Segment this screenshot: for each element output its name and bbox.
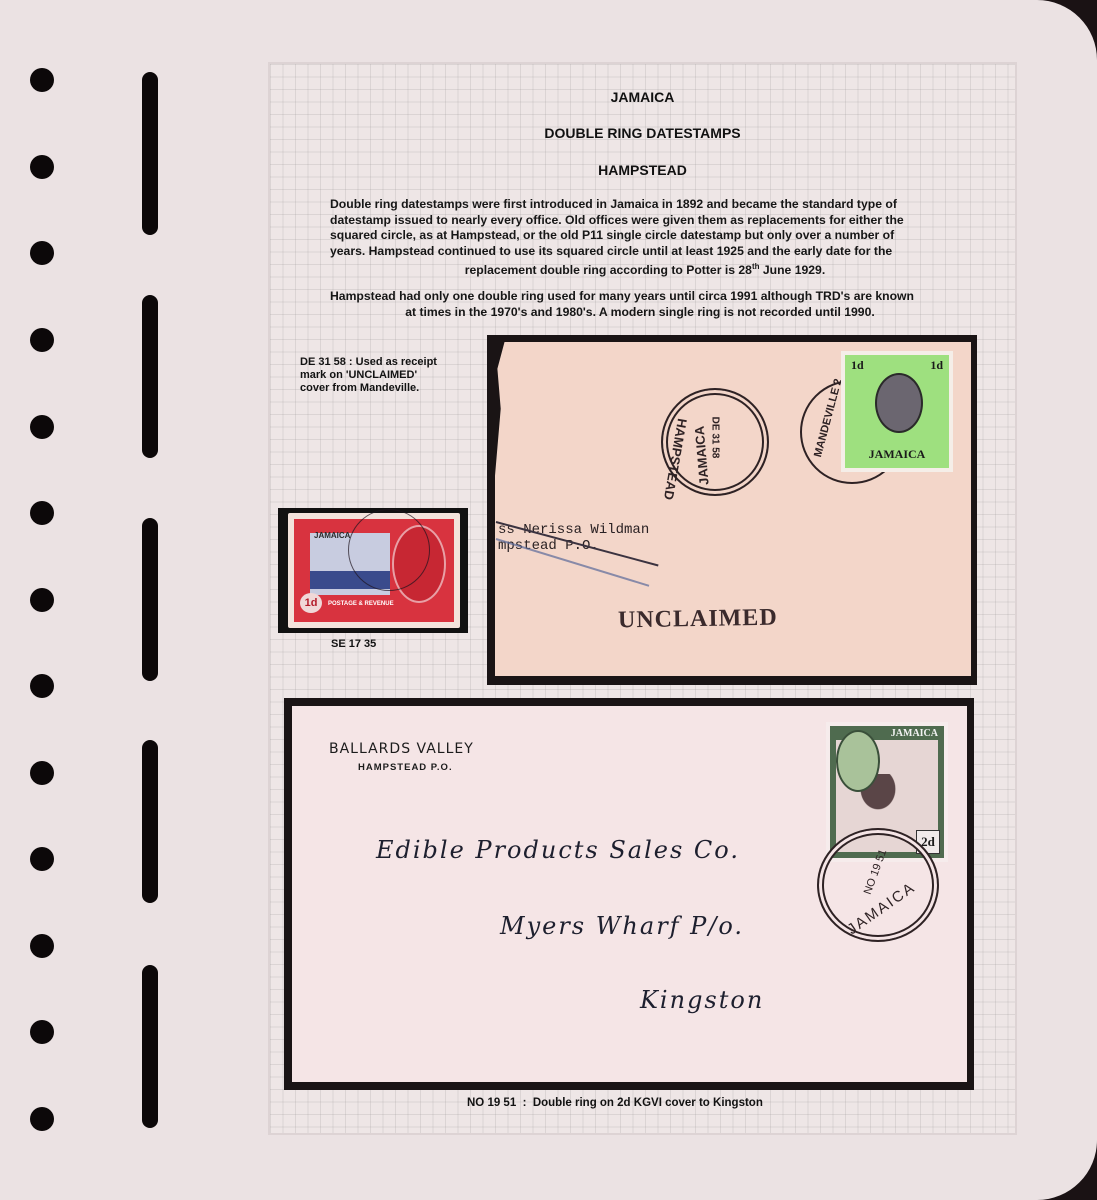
text-fragment: June 1929. bbox=[760, 263, 826, 277]
album-page: JAMAICA DOUBLE RING DATESTAMPS HAMPSTEAD… bbox=[0, 0, 1097, 1200]
text-line: replacement double ring according to Pot… bbox=[330, 259, 960, 279]
hampstead-postmark bbox=[817, 828, 939, 942]
binder-hole bbox=[30, 415, 54, 439]
stamp-legend: POSTAGE & REVENUE bbox=[328, 601, 394, 607]
binder-hole bbox=[30, 934, 54, 958]
binder-slot bbox=[142, 295, 158, 458]
queen-portrait bbox=[875, 373, 923, 433]
binder-hole bbox=[30, 328, 54, 352]
text-fragment: replacement double ring according to Pot… bbox=[465, 263, 752, 277]
binder-slot bbox=[142, 965, 158, 1128]
kingston-cover-caption: NO 19 51 : Double ring on 2d KGVI cover … bbox=[467, 1097, 763, 1110]
cancel-mark bbox=[348, 509, 430, 591]
postmark-date: DE 31 58 bbox=[709, 417, 720, 459]
binder-hole bbox=[30, 1107, 54, 1131]
caption-line: mark on 'UNCLAIMED' bbox=[300, 369, 437, 382]
handwritten-address-line: Myers Wharf P/o. bbox=[500, 912, 744, 940]
king-portrait bbox=[836, 730, 880, 792]
superscript: th bbox=[752, 262, 760, 271]
binder-hole bbox=[30, 847, 54, 871]
page-title: JAMAICA bbox=[268, 89, 1017, 105]
stamp-country: JAMAICA bbox=[314, 531, 350, 540]
unclaimed-handstamp: UNCLAIMED bbox=[618, 605, 778, 635]
handwritten-address-line: Edible Products Sales Co. bbox=[376, 836, 740, 864]
text-line: years. Hampstead continued to use its sq… bbox=[330, 244, 960, 260]
stamp-country: JAMAICA bbox=[845, 447, 949, 462]
text-line: at times in the 1970's and 1980's. A mod… bbox=[330, 305, 950, 321]
binder-hole bbox=[30, 588, 54, 612]
text-line: squared circle, as at Hampstead, or the … bbox=[330, 228, 960, 244]
jubilee-stamp: JAMAICA 1d POSTAGE & REVENUE bbox=[288, 513, 460, 628]
binder-hole bbox=[30, 241, 54, 265]
unclaimed-cover-caption: DE 31 58 : Used as receipt mark on 'UNCL… bbox=[300, 356, 437, 395]
qe2-stamp: 1d 1d JAMAICA bbox=[841, 351, 953, 472]
binder-slot bbox=[142, 72, 158, 235]
binder-slot bbox=[142, 740, 158, 903]
caption-line: DE 31 58 : Used as receipt bbox=[300, 356, 437, 369]
letterhead-name: BALLARDS VALLEY bbox=[329, 741, 474, 757]
caption-line: cover from Mandeville. bbox=[300, 382, 437, 395]
binder-hole bbox=[30, 674, 54, 698]
stamp-country: JAMAICA bbox=[891, 728, 938, 739]
binder-hole bbox=[30, 155, 54, 179]
text-line: Hampstead had only one double ring used … bbox=[330, 289, 950, 305]
address-line: ss Nerissa Wildman bbox=[498, 522, 649, 538]
page-subtitle: DOUBLE RING DATESTAMPS bbox=[268, 125, 1017, 141]
letterhead-sub: HAMPSTEAD P.O. bbox=[358, 762, 453, 773]
page-office-title: HAMPSTEAD bbox=[268, 162, 1017, 178]
handwritten-address-line: Kingston bbox=[640, 986, 764, 1014]
intro-paragraph-2: Hampstead had only one double ring used … bbox=[330, 289, 950, 320]
stamp-value: 1d bbox=[930, 358, 943, 373]
text-line: datestamp issued to nearly every office.… bbox=[330, 213, 960, 229]
binder-hole bbox=[30, 761, 54, 785]
binder-slot bbox=[142, 518, 158, 681]
text-line: Double ring datestamps were first introd… bbox=[330, 197, 960, 213]
single-stamp-caption: SE 17 35 bbox=[331, 638, 376, 651]
intro-paragraph-1: Double ring datestamps were first introd… bbox=[330, 197, 960, 279]
binder-hole bbox=[30, 1020, 54, 1044]
stamp-body: 1d 1d JAMAICA bbox=[845, 355, 949, 468]
binder-hole bbox=[30, 68, 54, 92]
stamp-value: 1d bbox=[300, 593, 322, 613]
binder-hole bbox=[30, 501, 54, 525]
stamp-value: 1d bbox=[851, 358, 864, 373]
